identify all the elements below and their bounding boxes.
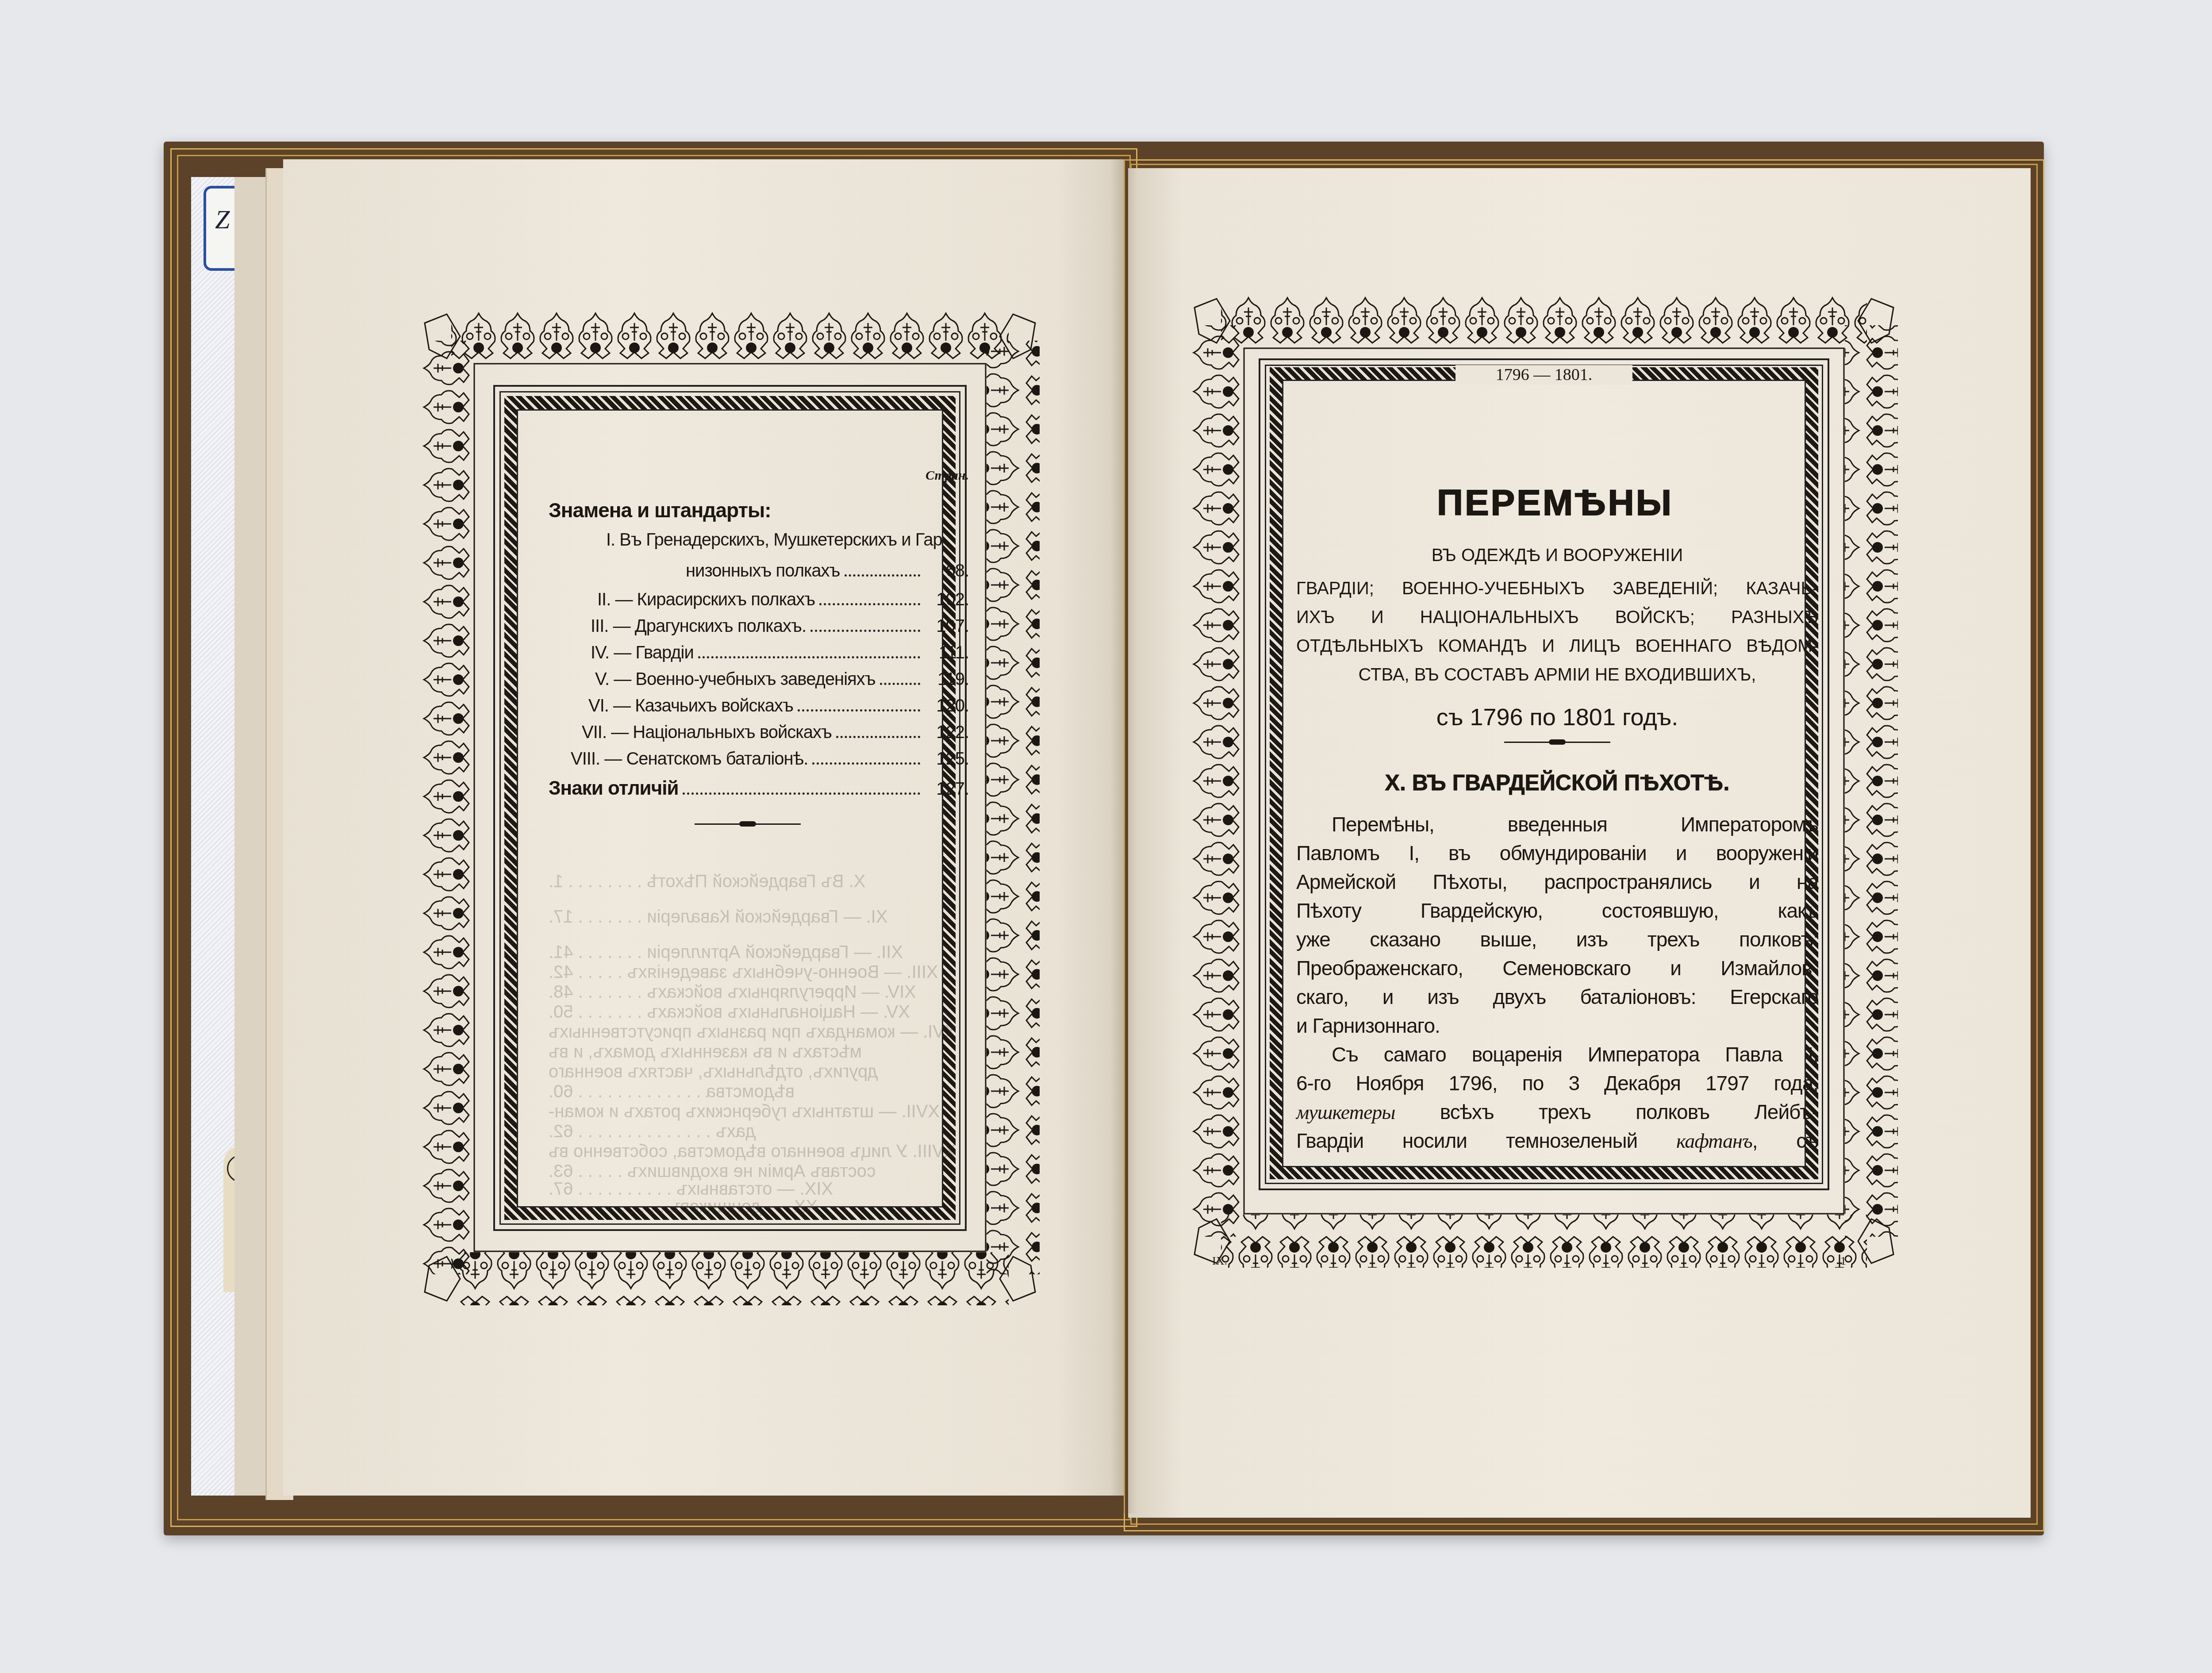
bleed-line: XVI. — командахъ при разныхъ присутствен…	[549, 1022, 956, 1042]
toc-entry-page: 68.	[925, 562, 969, 580]
ornamental-divider	[1504, 739, 1610, 745]
page-title: ПЕРЕМѢНЫ	[1279, 482, 1832, 524]
toc-entry[interactable]: низонныхъ полкахъ 68.	[549, 562, 969, 580]
toc-entry[interactable]: VII. — Національныхъ войскахъ 122.	[549, 723, 969, 742]
toc-entry-page: 125.	[925, 750, 969, 768]
body-line: 6-го Ноября 1796, по 3 Декабря 1797 года…	[1296, 1073, 1818, 1093]
toc-entry-page: 107.	[925, 617, 969, 635]
running-head: 1796 — 1801.	[1455, 365, 1632, 385]
toc-entry-number: II.	[597, 591, 611, 608]
toc-entry-text: — Казачьихъ войскахъ	[613, 697, 793, 715]
toc-entry[interactable]: II. — Кирасирскихъ полкахъ 102.	[549, 591, 969, 609]
bleed-line: XV. — Національныхъ войскахъ . . . . . .…	[549, 1002, 910, 1022]
leader-dots	[819, 603, 920, 605]
leader-dots	[810, 630, 920, 632]
bleed-line: XIX. — отставныхъ . . . . . . . . . . 67…	[549, 1179, 833, 1199]
ornamental-divider	[695, 821, 801, 827]
leader-dots	[798, 709, 920, 712]
subtitle-line: гвардіи; военно-учебныхъ заведеній; каза…	[1296, 580, 1818, 597]
bleed-line: X. Въ Гвардейской Пѣхотѣ . . . . . . . .…	[549, 872, 865, 892]
toc-entry-text: — Національныхъ войскахъ	[611, 723, 832, 741]
bleed-line: XVII. — штатныхъ губернскихъ ротахъ и ко…	[549, 1102, 940, 1122]
table-of-contents: Стран. Знамена и штандарты: I. Въ Гренад…	[549, 469, 969, 779]
body-line: Гвардіи носили темнозеленый кафтанъ, съ	[1296, 1131, 1818, 1151]
library-label-text: Z	[215, 202, 230, 237]
leader-dots	[683, 792, 920, 795]
leader-dots	[812, 762, 920, 765]
body-line: и Гарнизоннаго.	[1296, 1015, 1818, 1036]
bleed-line: вѣдомства . . . . . . . . . . . . . 60.	[549, 1082, 795, 1102]
leader-dots	[836, 736, 920, 738]
toc-entry[interactable]: VIII. — Сенатскомъ баталіонѣ. 125.	[549, 750, 969, 768]
body-text: Гвардіи носили темнозеленый	[1296, 1129, 1637, 1152]
bleed-line: XIII. — Военно-учебныхъ заведеніяхъ . . …	[549, 962, 938, 982]
leader-dots	[698, 656, 920, 658]
body-line: Пѣхоту Гвардейскую, состоявшую, какъ	[1296, 900, 1818, 921]
bleed-line: дахъ . . . . . . . . . . . . . . 62.	[549, 1122, 756, 1142]
toc-entry[interactable]: III. — Драгунскихъ полкахъ. 107.	[549, 617, 969, 635]
body-line: мушкетеры всѣхъ трехъ полковъ Лейбъ-	[1296, 1102, 1818, 1123]
section-heading: X. Въ Гвардейской Пѣхотѣ.	[1296, 770, 1818, 796]
body-line: Перемѣны, введенныя Императоромъ	[1296, 814, 1818, 835]
leader-dots	[845, 574, 920, 577]
toc-entry-page: 122.	[925, 723, 969, 741]
leader-dots	[880, 683, 920, 685]
italic-term: мушкетеры	[1296, 1101, 1395, 1123]
bleed-line: XX. — денщиковъ . . . . . . . . . . —	[549, 1197, 818, 1217]
bleed-line: составъ Арміи не входившихъ . . . . . 63…	[549, 1161, 876, 1181]
toc-entry[interactable]: VI. — Казачьихъ войскахъ 120.	[549, 697, 969, 715]
bleed-line: XI. — Гвардейской Кавалеріи . . . . . . …	[549, 907, 887, 927]
subtitle-line: въ одеждѣ и вооруженіи	[1296, 546, 1818, 564]
subtitle-line: ства, въ составъ арміи не входившихъ,	[1296, 666, 1818, 684]
toc-entry-number: I.	[606, 531, 615, 549]
signature-number: 1	[1840, 1254, 1846, 1268]
toc-entry-text: Знаки отличій	[549, 779, 678, 798]
toc-entry[interactable]: I. Въ Гренадерскихъ, Мушкетерскихъ и Гар…	[549, 531, 969, 549]
subtitle-line: ихъ и національныхъ войскъ; разныхъ	[1296, 608, 1818, 626]
toc-heading: Знамена и штандарты:	[549, 500, 771, 520]
flyleaf	[234, 177, 270, 1496]
bleed-line: мѣстахъ и въ казенныхъ домахъ, и въ	[549, 1042, 862, 1062]
body-text: , съ	[1752, 1129, 1818, 1152]
signature-mark: IX.	[1212, 1254, 1227, 1268]
toc-entry-number: III.	[591, 617, 608, 635]
toc-entry-text: низонныхъ полкахъ	[686, 562, 840, 580]
italic-term: кафтанъ	[1676, 1130, 1752, 1152]
body-line: Павломъ I, въ обмундированіи и вооружені…	[1296, 843, 1818, 863]
toc-entry-page: 127.	[925, 780, 969, 798]
year-range: съ 1796 по 1801 годъ.	[1296, 704, 1818, 731]
toc-entry-number: VI.	[588, 697, 609, 715]
toc-entry-page: 111.	[925, 644, 969, 662]
body-text: всѣхъ трехъ полковъ Лейбъ-	[1440, 1100, 1818, 1123]
body-line: Съ самаго воцаренія Императора Павла I,	[1296, 1044, 1818, 1065]
page-column-header: Стран.	[926, 469, 969, 482]
toc-entry-final[interactable]: Знаки отличій 127.	[549, 779, 969, 798]
body-line: Преображенскаго, Семеновскаго и Измайлов…	[1296, 958, 1818, 978]
bleed-line: XVIII. У лицъ военнаго вѣдомства, собств…	[549, 1142, 956, 1161]
toc-entry-text: — Гвардіи	[614, 644, 693, 662]
toc-entry-text: — Драгунскихъ полкахъ.	[613, 617, 806, 635]
toc-entry-text: — Кирасирскихъ полкахъ	[615, 591, 815, 608]
subtitle-line: отдѣльныхъ командъ и лицъ военнаго вѣдом…	[1296, 637, 1818, 655]
toc-entry-page: 120.	[925, 697, 969, 715]
toc-entry-text: — Военно-учебныхъ заведеніяхъ	[614, 670, 876, 688]
body-line: скаго, и изъ двухъ баталіоновъ: Егерскаг…	[1296, 987, 1818, 1007]
toc-entry-page: 119.	[925, 670, 969, 688]
toc-entry-page: 102.	[925, 591, 969, 608]
gutter-shadow	[1110, 159, 1137, 1513]
bleed-line: XIV. — Иррегулярныхъ войскахъ . . . . . …	[549, 982, 916, 1002]
toc-entry-text: Въ Гренадерскихъ, Мушкетерскихъ и Гар-	[619, 531, 948, 549]
body-line: уже сказано выше, изъ трехъ полковъ:	[1296, 929, 1818, 950]
toc-entry[interactable]: IV. — Гвардіи 111.	[549, 644, 969, 662]
toc-entry-number: VII.	[582, 723, 607, 741]
toc-entry-text: — Сенатскомъ баталіонѣ.	[604, 750, 808, 768]
bleed-line: другихъ, отдѣльныхъ, частяхъ военнаго	[549, 1062, 878, 1082]
toc-entry-number: IV.	[591, 644, 609, 662]
body-line: Армейской Пѣхоты, распространялись и на	[1296, 872, 1818, 892]
toc-entry-number: V.	[595, 670, 609, 688]
toc-entry-number: VIII.	[571, 750, 600, 768]
bleed-line: XII. — Гвардейской Артиллеріи . . . . . …	[549, 942, 903, 962]
toc-entry[interactable]: V. — Военно-учебныхъ заведеніяхъ 119.	[549, 670, 969, 688]
